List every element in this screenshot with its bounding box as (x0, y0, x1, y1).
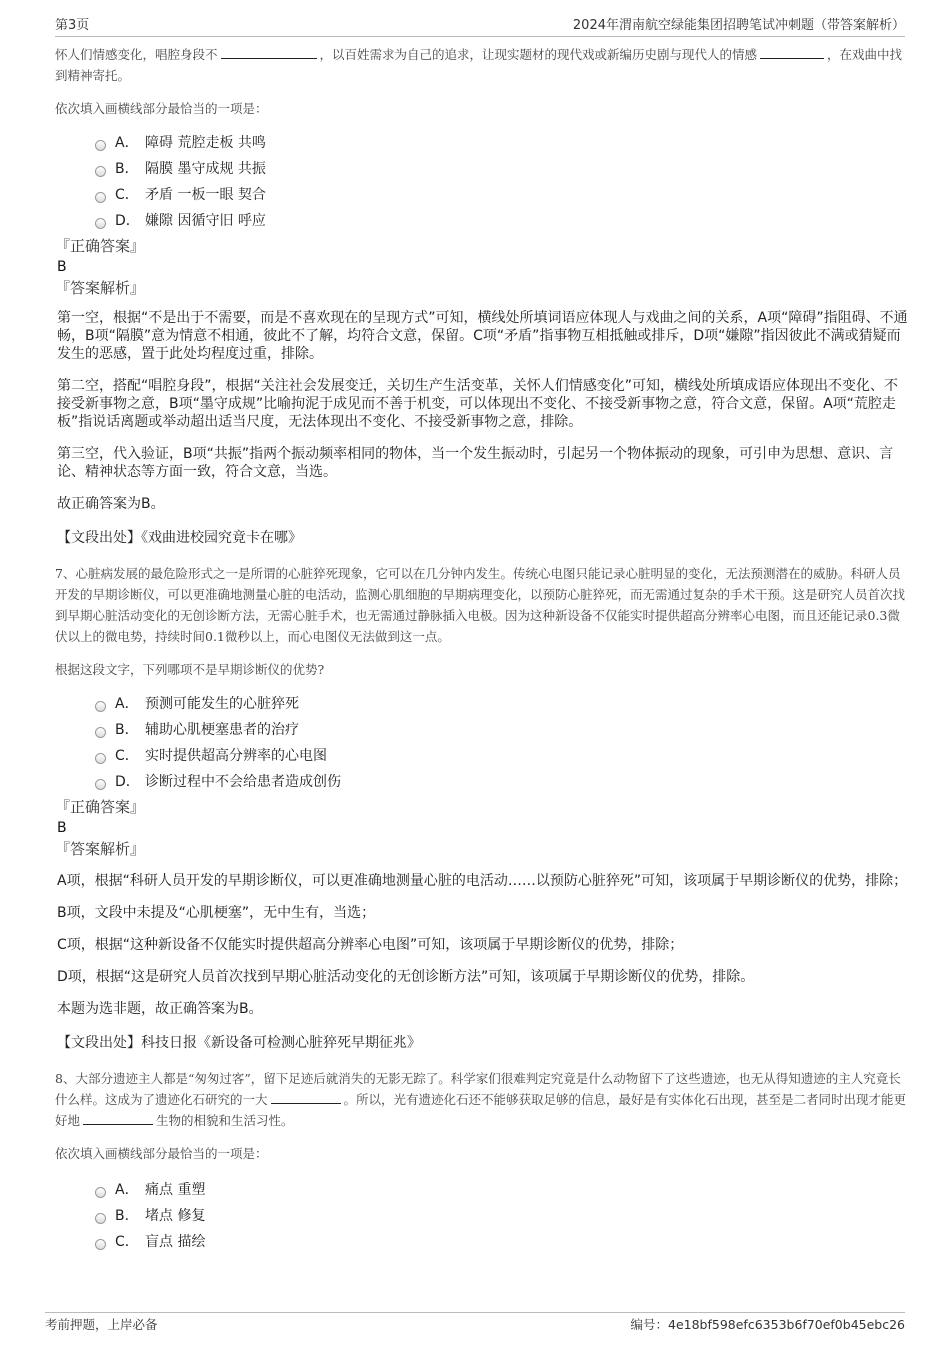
radio-icon[interactable] (95, 1239, 106, 1250)
q8-option-b[interactable]: B． 堵点 修复 (95, 1202, 908, 1228)
serial-number: 4e18bf598efc6353b6f70ef0b45ebc26 (668, 1317, 905, 1332)
q7-analysis-label: 『答案解析』 (55, 838, 908, 860)
q6-stem-part2: ，以百姓需求为自己的追求，让现实题材的现代戏或新编历史剧与现代人的情感 (320, 47, 758, 62)
q6-answer-label: 『正确答案』 (55, 235, 908, 257)
radio-icon[interactable] (95, 140, 106, 151)
q6-option-c[interactable]: C． 矛盾 一板一眼 契合 (95, 181, 908, 207)
option-text: 障碍 荒腔走板 共鸣 (145, 132, 266, 152)
q7-answer-value: B (57, 818, 908, 838)
option-letter: C． (115, 184, 145, 204)
option-text: 嫌隙 因循守旧 呼应 (145, 210, 266, 230)
option-letter: B． (115, 1205, 145, 1225)
document-title: 2024年渭南航空绿能集团招聘笔试冲刺题（带答案解析） (573, 14, 905, 33)
q8-stem-part3: 生物的相貌和生活习性。 (156, 1113, 294, 1128)
page-footer: 考前押题，上岸必备 编号：4e18bf598efc6353b6f70ef0b45… (45, 1312, 905, 1337)
radio-icon[interactable] (95, 753, 106, 764)
option-text: 诊断过程中不会给患者造成创伤 (145, 771, 341, 791)
q8-options: A． 痛点 重塑 B． 堵点 修复 C． 盲点 描绘 (95, 1176, 908, 1254)
q6-stem-part1: 怀人们情感变化，唱腔身段不 (55, 47, 218, 62)
q6-source: 【文段出处】《戏曲进校园究竟卡在哪》 (57, 527, 908, 547)
q6-prompt: 依次填入画横线部分最恰当的一项是： (55, 98, 908, 119)
q7-option-b[interactable]: B． 辅助心肌梗塞患者的治疗 (95, 716, 908, 742)
option-text: 盲点 描绘 (145, 1231, 205, 1251)
q7-prompt: 根据这段文字，下列哪项不是早期诊断仪的优势? (55, 659, 908, 680)
document-content: 怀人们情感变化，唱腔身段不，以百姓需求为自己的追求，让现实题材的现代戏或新编历史… (55, 44, 908, 1254)
q6-option-d[interactable]: D． 嫌隙 因循守旧 呼应 (95, 207, 908, 233)
page-number: 第3页 (55, 14, 89, 33)
footer-serial: 编号：4e18bf598efc6353b6f70ef0b45ebc26 (630, 1315, 905, 1337)
option-letter: B． (115, 158, 145, 178)
option-letter: C． (115, 1231, 145, 1251)
q7-analysis-c: C项，根据“这种新设备不仅能实时提供超高分辨率心电图”可知，该项属于早期诊断仪的… (57, 936, 908, 954)
q6-options: A． 障碍 荒腔走板 共鸣 B． 隔膜 墨守成规 共振 C． 矛盾 一板一眼 契… (95, 129, 908, 233)
q7-answer-label: 『正确答案』 (55, 796, 908, 818)
q6-analysis-1: 第一空，根据“不是出于不需要，而是不喜欢现在的呈现方式”可知，横线处所填词语应体… (57, 309, 908, 363)
q7-option-d[interactable]: D． 诊断过程中不会给患者造成创伤 (95, 768, 908, 794)
option-text: 矛盾 一板一眼 契合 (145, 184, 266, 204)
q7-analysis-d: D项，根据“这是研究人员首次找到早期心脏活动变化的无创诊断方法”可知，该项属于早… (57, 968, 908, 986)
radio-icon[interactable] (95, 727, 106, 738)
option-letter: D． (115, 210, 145, 230)
q6-analysis-3: 第三空，代入验证，B项“共振”指两个振动频率相同的物体，当一个发生振动时，引起另… (57, 445, 908, 481)
q8-blank-1 (271, 1090, 341, 1104)
option-text: 隔膜 墨守成规 共振 (145, 158, 266, 178)
radio-icon[interactable] (95, 166, 106, 177)
q8-stem: 8、大部分遗迹主人都是“匆匆过客”，留下足迹后就消失的无影无踪了。科学家们很难判… (55, 1068, 908, 1131)
q7-analysis-a: A项，根据“科研人员开发的早期诊断仪，可以更准确地测量心脏的电活动……以预防心脏… (57, 872, 908, 890)
serial-label: 编号： (630, 1317, 668, 1332)
option-letter: A． (115, 132, 145, 152)
option-letter: C． (115, 745, 145, 765)
option-letter: D． (115, 771, 145, 791)
option-text: 辅助心肌梗塞患者的治疗 (145, 719, 299, 739)
option-text: 实时提供超高分辨率的心电图 (145, 745, 327, 765)
option-letter: A． (115, 693, 145, 713)
footer-slogan: 考前押题，上岸必备 (45, 1315, 158, 1337)
q7-options: A． 预测可能发生的心脏猝死 B． 辅助心肌梗塞患者的治疗 C． 实时提供超高分… (95, 690, 908, 794)
q8-prompt: 依次填入画横线部分最恰当的一项是： (55, 1143, 908, 1164)
q6-analysis-2: 第二空，搭配“唱腔身段”，根据“关注社会发展变迁，关切生产生活变革，关怀人们情感… (57, 377, 908, 431)
option-text: 堵点 修复 (145, 1205, 205, 1225)
q6-analysis-conclusion: 故正确答案为B。 (57, 495, 908, 513)
q7-option-c[interactable]: C． 实时提供超高分辨率的心电图 (95, 742, 908, 768)
option-letter: A． (115, 1179, 145, 1199)
q7-analysis-b: B项，文段中未提及“心肌梗塞”，无中生有，当选； (57, 904, 908, 922)
q6-answer-value: B (57, 257, 908, 277)
page-header: 第3页 2024年渭南航空绿能集团招聘笔试冲刺题（带答案解析） (55, 14, 905, 37)
q7-source: 【文段出处】科技日报《新设备可检测心脏猝死早期征兆》 (57, 1032, 908, 1052)
radio-icon[interactable] (95, 1187, 106, 1198)
radio-icon[interactable] (95, 218, 106, 229)
q6-blank-2 (221, 45, 317, 59)
option-text: 痛点 重塑 (145, 1179, 205, 1199)
q8-blank-2 (83, 1111, 153, 1125)
q6-option-b[interactable]: B． 隔膜 墨守成规 共振 (95, 155, 908, 181)
q6-blank-3 (760, 45, 824, 59)
q6-analysis-label: 『答案解析』 (55, 277, 908, 299)
q7-analysis-conclusion: 本题为选非题，故正确答案为B。 (57, 1000, 908, 1018)
q8-option-a[interactable]: A． 痛点 重塑 (95, 1176, 908, 1202)
q6-option-a[interactable]: A． 障碍 荒腔走板 共鸣 (95, 129, 908, 155)
radio-icon[interactable] (95, 1213, 106, 1224)
radio-icon[interactable] (95, 779, 106, 790)
radio-icon[interactable] (95, 192, 106, 203)
option-text: 预测可能发生的心脏猝死 (145, 693, 299, 713)
q6-stem: 怀人们情感变化，唱腔身段不，以百姓需求为自己的追求，让现实题材的现代戏或新编历史… (55, 44, 908, 86)
q8-option-c[interactable]: C． 盲点 描绘 (95, 1228, 908, 1254)
q7-option-a[interactable]: A． 预测可能发生的心脏猝死 (95, 690, 908, 716)
option-letter: B． (115, 719, 145, 739)
radio-icon[interactable] (95, 701, 106, 712)
q7-stem: 7、心脏病发展的最危险形式之一是所谓的心脏猝死现象，它可以在几分钟内发生。传统心… (55, 563, 908, 647)
